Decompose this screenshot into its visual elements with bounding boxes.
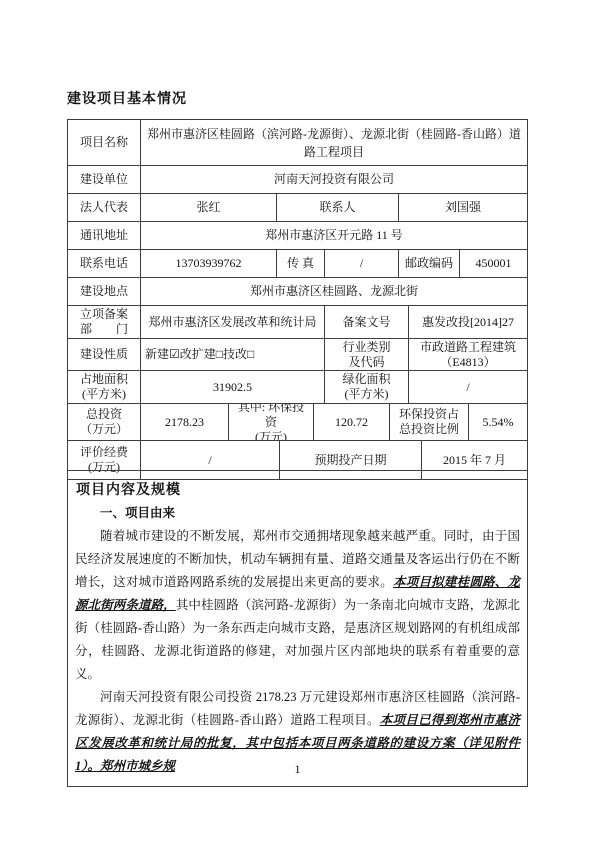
row-construction-unit: 建设单位 河南天河投资有限公司 [68, 165, 527, 193]
phone-value: 13703939762 [140, 250, 276, 277]
industry-code-value: 市政道路工程建筑 （E4813） [408, 339, 527, 370]
contact-person-value: 刘国强 [398, 194, 527, 221]
section1-title: 建设项目基本情况 [67, 88, 187, 108]
section2-title: 项目内容及规模 [76, 479, 520, 499]
row-location: 建设地点 郑州市惠济区桂圆路、龙源北街 [68, 277, 527, 305]
land-area-value: 31902.5 [140, 371, 324, 403]
row-filing: 立项备案 部 门 郑州市惠济区发展改革和统计局 备案文号 惠发改投[2014]2… [68, 305, 527, 338]
fax-label: 传 真 [276, 250, 324, 277]
location-value: 郑州市惠济区桂圆路、龙源北街 [140, 278, 527, 305]
legal-rep-label: 法人代表 [68, 194, 140, 221]
row-project-name: 项目名称 郑州市惠济区桂圆路（滨河路-龙源街）、龙源北街（桂圆路-香山路）道路工… [68, 120, 527, 165]
phone-label: 联系电话 [68, 250, 140, 277]
filing-dept-label: 立项备案 部 门 [68, 306, 140, 338]
total-investment-label: 总投资 （万元） [68, 404, 140, 440]
env-investment-value: 120.72 [313, 404, 389, 440]
construction-unit-value: 河南天河投资有限公司 [140, 166, 527, 193]
construction-unit-label: 建设单位 [68, 166, 140, 193]
total-investment-value: 2178.23 [140, 404, 228, 440]
row-area: 占地面积 (平方米) 31902.5 绿化面积 (平方米) / [68, 370, 527, 403]
project-info-table: 项目名称 郑州市惠济区桂圆路（滨河路-龙源街）、龙源北街（桂圆路-香山路）道路工… [67, 119, 528, 480]
env-ratio-label: 环保投资占 总投资比例 [389, 404, 468, 440]
postcode-value: 450001 [459, 250, 527, 277]
row-address: 通讯地址 郑州市惠济区开元路 11 号 [68, 221, 527, 249]
filing-doc-label: 备案文号 [324, 306, 408, 338]
project-name-value: 郑州市惠济区桂圆路（滨河路-龙源街）、龙源北街（桂圆路-香山路）道路工程项目 [140, 120, 527, 165]
nature-checkbox-group: 新建☑改扩建□技改□ [140, 339, 324, 370]
postcode-label: 邮政编码 [398, 250, 459, 277]
row-nature: 建设性质 新建☑改扩建□技改□ 行业类别 及代码 市政道路工程建筑 （E4813… [68, 338, 527, 370]
address-label: 通讯地址 [68, 222, 140, 249]
paragraph-1: 随着城市建设的不断发展，郑州市交通拥堵现象越来越严重。同时，由于国民经济发展速度… [75, 525, 520, 686]
address-value: 郑州市惠济区开元路 11 号 [140, 222, 527, 249]
env-ratio-value: 5.54% [468, 404, 527, 440]
row-investment: 总投资 （万元） 2178.23 其中: 环保投资 (万元) 120.72 环保… [68, 403, 527, 440]
section2-subtitle: 一、项目由来 [75, 502, 520, 525]
row-legal-rep: 法人代表 张红 联系人 刘国强 [68, 193, 527, 221]
filing-doc-value: 惠发改投[2014]27 [408, 306, 527, 338]
project-content-section: 项目内容及规模 一、项目由来 随着城市建设的不断发展，郑州市交通拥堵现象越来越严… [67, 470, 528, 787]
project-name-label: 项目名称 [68, 120, 140, 165]
industry-code-label: 行业类别 及代码 [324, 339, 408, 370]
page-number: 1 [0, 762, 595, 777]
green-area-value: / [408, 371, 527, 403]
location-label: 建设地点 [68, 278, 140, 305]
filing-dept-value: 郑州市惠济区发展改革和统计局 [140, 306, 324, 338]
nature-label: 建设性质 [68, 339, 140, 370]
contact-person-label: 联系人 [276, 194, 398, 221]
green-area-label: 绿化面积 (平方米) [324, 371, 408, 403]
row-phone: 联系电话 13703939762 传 真 / 邮政编码 450001 [68, 249, 527, 277]
env-investment-label: 其中: 环保投资 (万元) [228, 404, 313, 440]
land-area-label: 占地面积 (平方米) [68, 371, 140, 403]
fax-value: / [324, 250, 398, 277]
legal-rep-value: 张红 [140, 194, 276, 221]
